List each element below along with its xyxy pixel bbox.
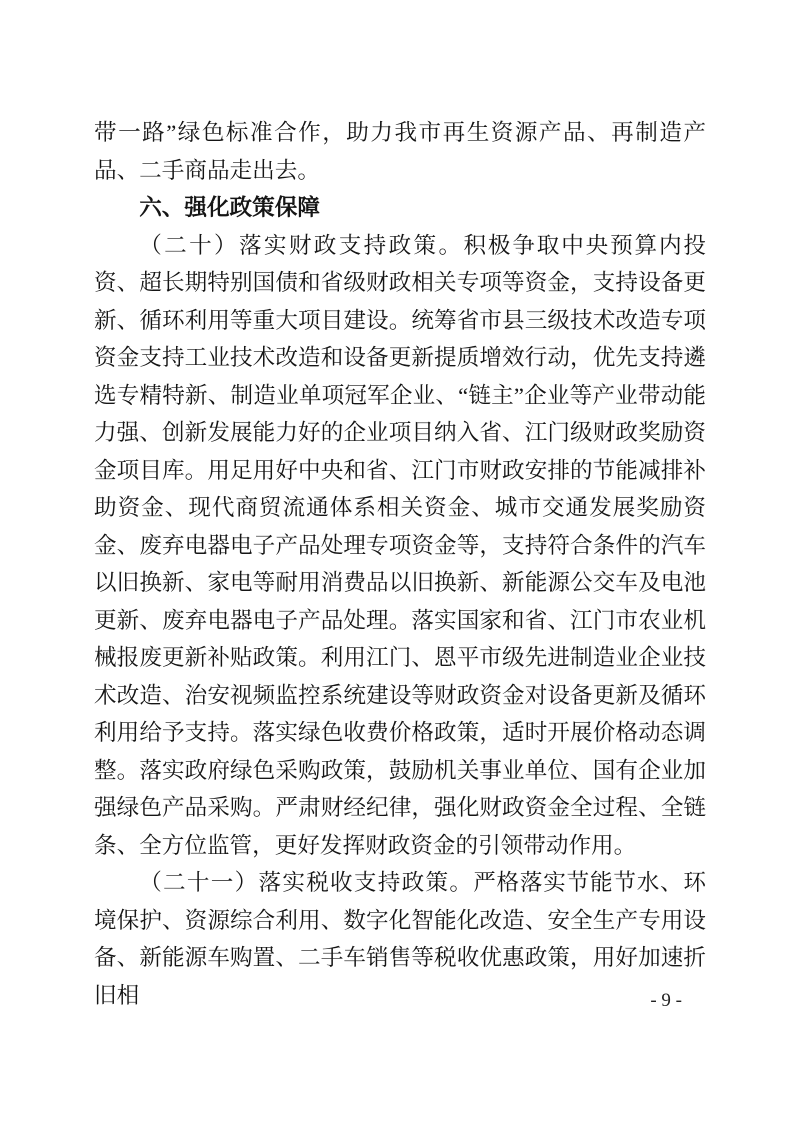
- item-20-heading: （二十）落实财政支持政策。: [139, 233, 463, 258]
- paragraph-item-20: （二十）落实财政支持政策。积极争取中央预算内投资、超长期特别国债和省级财政相关专…: [94, 227, 706, 865]
- page-number: - 9 -: [650, 988, 682, 1014]
- section-heading: 六、强化政策保障: [94, 189, 706, 227]
- continuation-paragraph: 带一路”绿色标准合作，助力我市再生资源产品、再制造产品、二手商品走出去。: [94, 114, 706, 189]
- item-21-heading: （二十一）落实税收支持政策。: [139, 870, 473, 895]
- document-page: 带一路”绿色标准合作，助力我市再生资源产品、再制造产品、二手商品走出去。 六、强…: [0, 0, 793, 1122]
- document-content: 带一路”绿色标准合作，助力我市再生资源产品、再制造产品、二手商品走出去。 六、强…: [94, 114, 706, 1014]
- item-20-body: 积极争取中央预算内投资、超长期特别国债和省级财政相关专项等资金，支持设备更新、循…: [94, 233, 706, 858]
- paragraph-item-21: （二十一）落实税收支持政策。严格落实节能节水、环境保护、资源综合利用、数字化智能…: [94, 864, 706, 1014]
